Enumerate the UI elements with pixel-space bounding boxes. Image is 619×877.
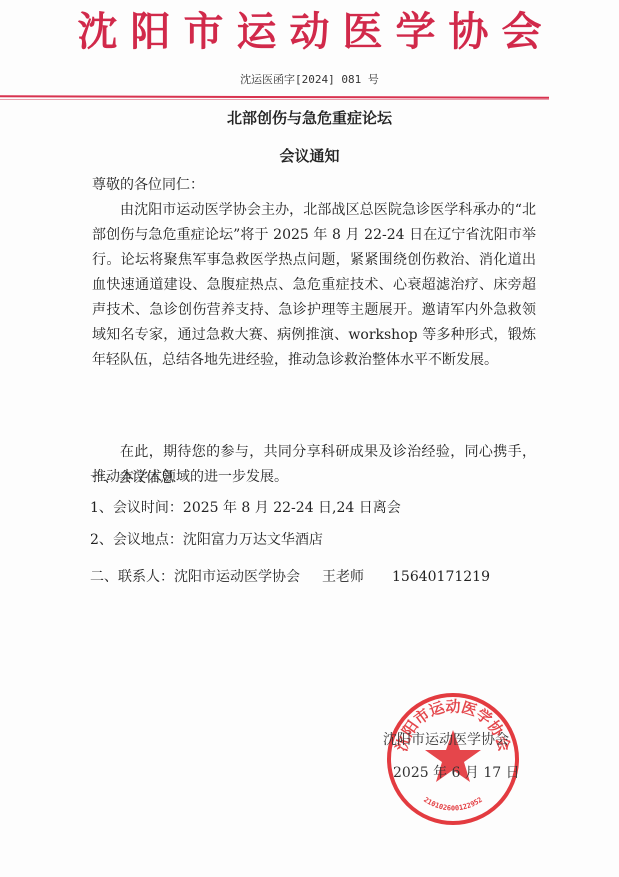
contact-phone: 15640171219 [392,565,490,590]
seal-serial: 210102600122952 [422,796,484,813]
letterhead-red-divider-shadow [0,99,549,100]
contact-person: 王老师 [322,565,364,590]
signature-organization: 沈阳市运动医学协会 [383,729,533,749]
document-page: 沈阳市运动医学协会 沈运医函字[2024] 081 号 北部创伤与急危重症论坛 … [0,0,619,877]
salutation: 尊敬的各位同仁： [92,173,536,198]
section-heading-meeting-info: 一、会议信息 [90,466,534,491]
official-seal: 沈阳市运动医学协会 210102600122952 [384,690,522,828]
forum-title: 北部创伤与急危重症论坛 [0,107,619,128]
document-number: 沈运医函字[2024] 081 号 [0,71,619,87]
contact-label: 二、联系人：沈阳市运动医学协会 [90,565,300,590]
body-paragraph-1: 由沈阳市运动医学协会主办，北部战区总医院急诊医学科承办的“北部创伤与急危重症论坛… [92,198,536,373]
contact-line: 二、联系人：沈阳市运动医学协会王老师15640171219 [90,565,560,590]
notice-title: 会议通知 [0,145,619,166]
meeting-time: 1、会议时间：2025 年 8 月 22-24 日,24 日离会 [90,496,534,521]
meeting-location: 2、会议地点：沈阳富力万达文华酒店 [90,528,534,553]
svg-text:210102600122952: 210102600122952 [422,796,484,813]
letterhead-org-name: 沈阳市运动医学协会 [0,4,619,60]
signature-date: 2025 年 6 月 17 日 [393,762,543,782]
